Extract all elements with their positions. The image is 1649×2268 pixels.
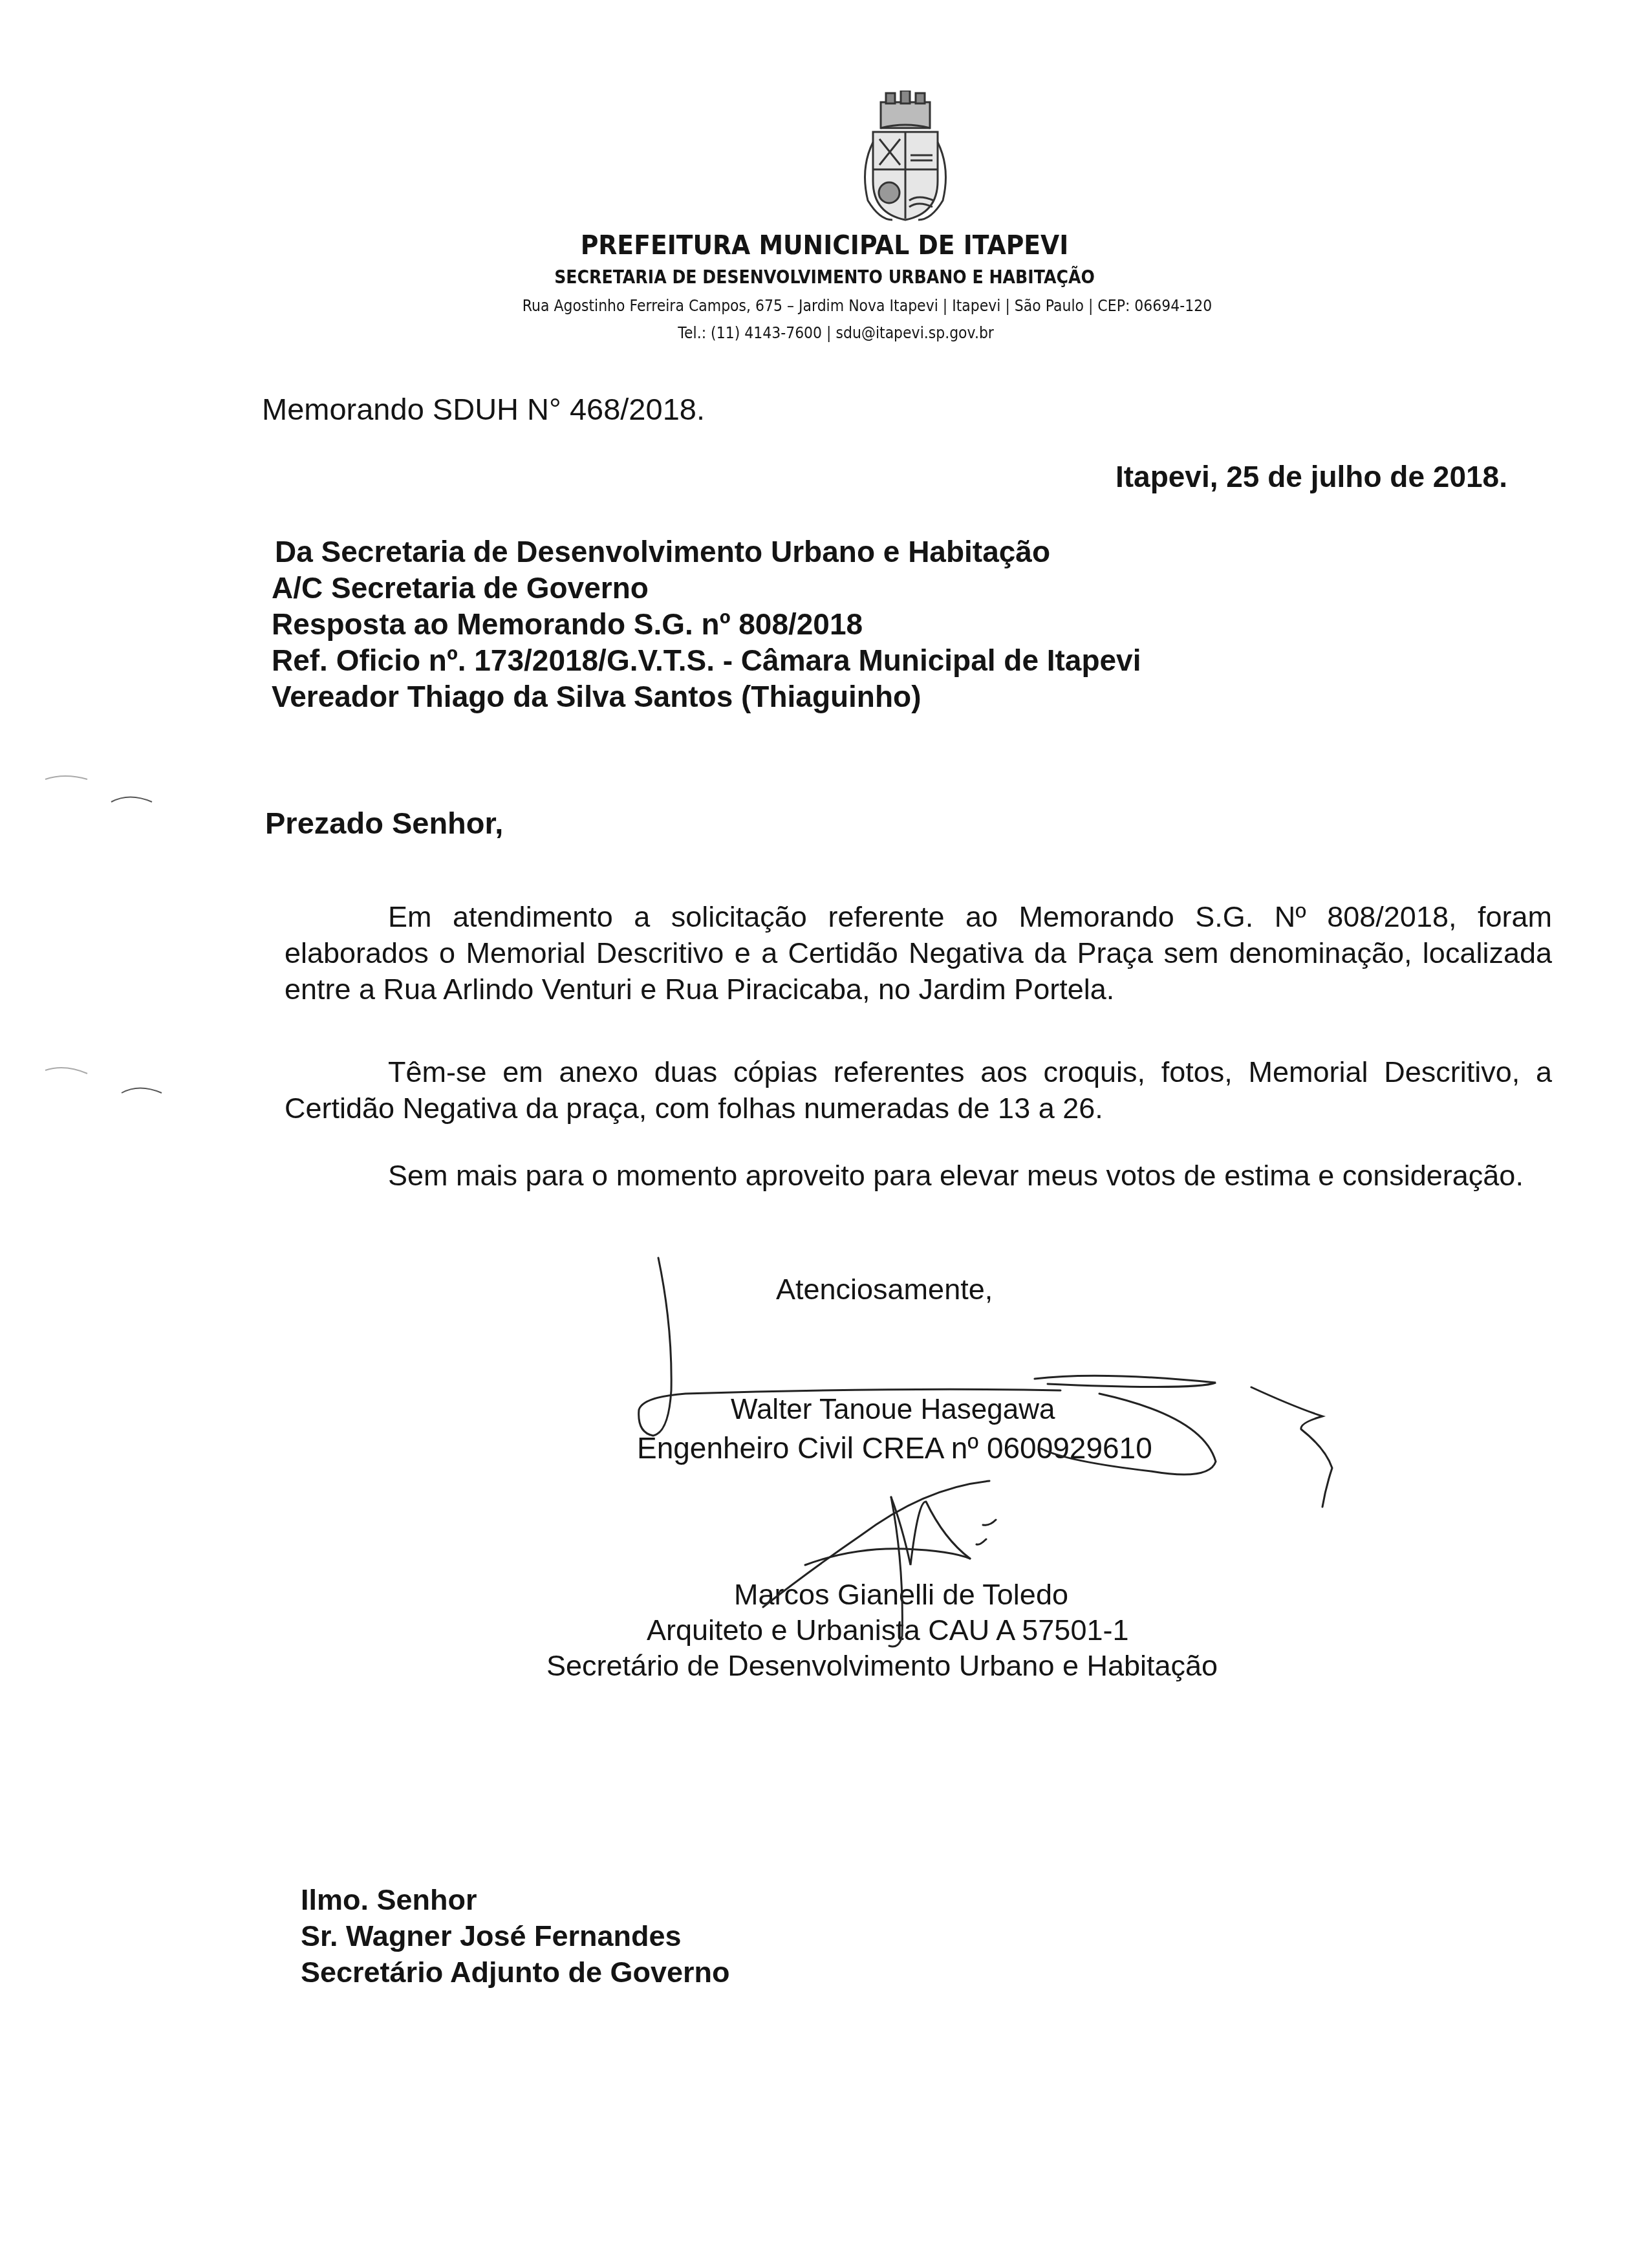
- memo-number: Memorando SDUH N° 468/2018.: [262, 391, 705, 427]
- body-paragraph: Têm-se em anexo duas cópias referentes a…: [285, 1054, 1552, 1127]
- reference-block: Da Secretaria de Desenvolvimento Urbano …: [272, 534, 1141, 715]
- letterhead-department: SECRETARIA DE DESENVOLVIMENTO URBANO E H…: [83, 266, 1567, 288]
- signatory-name: Marcos Gianelli de Toledo: [734, 1578, 1068, 1612]
- body-paragraph-text: Em atendimento a solicitação referente a…: [285, 900, 1552, 1006]
- signatory-name: Walter Tanoue Hasegawa: [731, 1394, 1055, 1426]
- signatory-role: Engenheiro Civil CREA nº 0600929610: [637, 1431, 1152, 1465]
- closing: Atenciosamente,: [776, 1273, 993, 1306]
- recipient-salutation: Ilmo. Senhor: [301, 1882, 729, 1918]
- body-paragraph-text: Têm-se em anexo duas cópias referentes a…: [285, 1055, 1552, 1125]
- reference-councilor: Vereador Thiago da Silva Santos (Thiagui…: [272, 678, 1141, 715]
- letterhead-address: Rua Agostinho Ferreira Campos, 675 – Jar…: [99, 296, 1550, 315]
- reference-oficio: Ref. Oficio nº. 173/2018/G.V.T.S. - Câma…: [272, 642, 1141, 678]
- body-paragraph: Em atendimento a solicitação referente a…: [285, 899, 1552, 1008]
- letterhead-title: PREFEITURA MUNICIPAL DE ITAPEVI: [66, 230, 1583, 261]
- body-paragraph: Sem mais para o momento aproveito para e…: [285, 1158, 1552, 1194]
- salutation: Prezado Senhor,: [265, 805, 503, 841]
- reference-attention: A/C Secretaria de Governo: [272, 570, 1141, 606]
- signatory-title: Secretário de Desenvolvimento Urbano e H…: [546, 1649, 1218, 1683]
- letterhead-contact: Tel.: (11) 4143-7600 | sdu@itapevi.sp.go…: [99, 323, 1550, 342]
- recipient-block: Ilmo. Senhor Sr. Wagner José Fernandes S…: [301, 1882, 729, 1991]
- recipient-name: Sr. Wagner José Fernandes: [301, 1918, 729, 1954]
- reference-response: Resposta ao Memorando S.G. nº 808/2018: [272, 606, 1141, 642]
- body-paragraph-text: Sem mais para o momento aproveito para e…: [388, 1159, 1524, 1192]
- reference-from: Da Secretaria de Desenvolvimento Urbano …: [272, 534, 1141, 570]
- coat-of-arms-icon: [854, 91, 957, 223]
- signatory-role: Arquiteto e Urbanista CAU A 57501-1: [647, 1614, 1128, 1647]
- memo-date: Itapevi, 25 de julho de 2018.: [1115, 459, 1507, 494]
- recipient-title: Secretário Adjunto de Governo: [301, 1954, 729, 1991]
